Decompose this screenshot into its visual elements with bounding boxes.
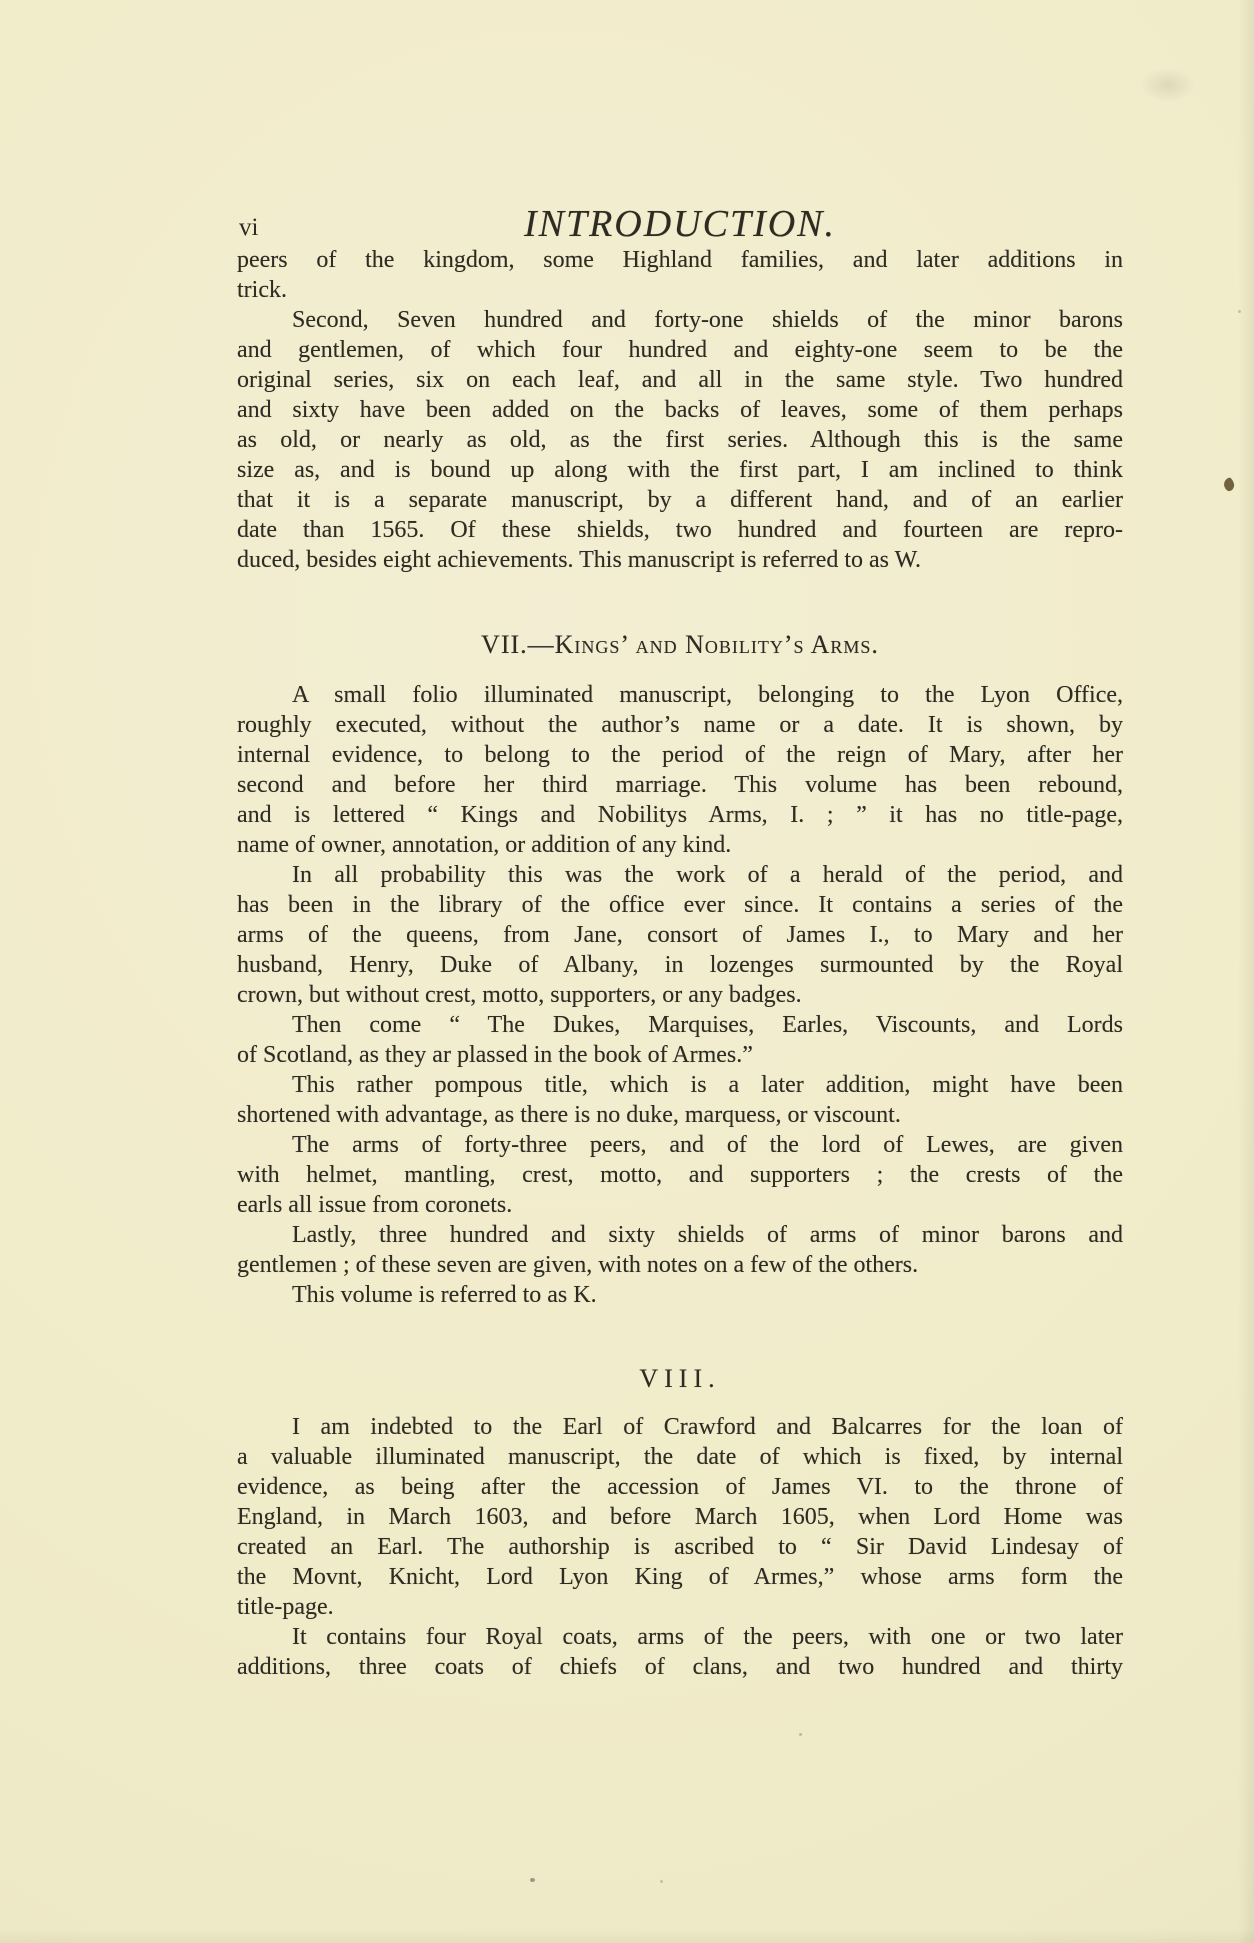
text-line: It contains four Royal coats, arms of th… xyxy=(237,1622,1123,1652)
paragraph: A small folio illuminated manuscript, be… xyxy=(237,680,1123,860)
paragraph: Second, Seven hundred and forty-one shie… xyxy=(237,305,1123,575)
paragraph: The arms of forty-three peers, and of th… xyxy=(237,1130,1123,1220)
text-line: roughly executed, without the author’s n… xyxy=(237,710,1123,740)
text-line: Then come “ The Dukes, Marquises, Earles… xyxy=(237,1010,1123,1040)
text-line: has been in the library of the office ev… xyxy=(237,890,1123,920)
text-block: peers of the kingdom, some Highland fami… xyxy=(237,245,1123,1682)
text-line: This rather pompous title, which is a la… xyxy=(237,1070,1123,1100)
text-line: The arms of forty-three peers, and of th… xyxy=(237,1130,1123,1160)
paragraph: It contains four Royal coats, arms of th… xyxy=(237,1622,1123,1682)
text-line: and sixty have been added on the backs o… xyxy=(237,395,1123,425)
paragraph: In all probability this was the work of … xyxy=(237,860,1123,1010)
text-line: internal evidence, to belong to the peri… xyxy=(237,740,1123,770)
text-line: date than 1565. Of these shields, two hu… xyxy=(237,515,1123,545)
paper-speck xyxy=(530,1878,535,1882)
page-edge-shadow xyxy=(0,1929,1254,1943)
text-line: duced, besides eight achievements. This … xyxy=(237,545,1123,575)
section-heading: VII.—Kings’ and Nobility’s Arms. xyxy=(237,630,1123,660)
book-page: vi INTRODUCTION. peers of the kingdom, s… xyxy=(0,0,1254,1943)
text-line: evidence, as being after the accession o… xyxy=(237,1472,1123,1502)
text-line: This volume is referred to as K. xyxy=(237,1280,1123,1310)
section-heading: VIII. xyxy=(237,1364,1123,1394)
text-line: a valuable illuminated manuscript, the d… xyxy=(237,1442,1123,1472)
text-line: I am indebted to the Earl of Crawford an… xyxy=(237,1412,1123,1442)
ink-blot xyxy=(1222,477,1236,492)
text-line: of Scotland, as they ar plassed in the b… xyxy=(237,1040,1123,1070)
paragraph: I am indebted to the Earl of Crawford an… xyxy=(237,1412,1123,1622)
paragraph: This volume is referred to as K. xyxy=(237,1280,1123,1310)
text-line: original series, six on each leaf, and a… xyxy=(237,365,1123,395)
text-line: the Movnt, Knicht, Lord Lyon King of Arm… xyxy=(237,1562,1123,1592)
text-line: peers of the kingdom, some Highland fami… xyxy=(237,245,1123,275)
paper-speck xyxy=(660,1880,663,1883)
text-line: crown, but without crest, motto, support… xyxy=(237,980,1123,1010)
paragraph: peers of the kingdom, some Highland fami… xyxy=(237,245,1123,305)
text-line: as old, or nearly as old, as the first s… xyxy=(237,425,1123,455)
paper-speck xyxy=(799,1733,802,1736)
paragraph: Then come “ The Dukes, Marquises, Earles… xyxy=(237,1010,1123,1070)
text-line: trick. xyxy=(237,275,1123,305)
text-line: arms of the queens, from Jane, consort o… xyxy=(237,920,1123,950)
text-line: A small folio illuminated manuscript, be… xyxy=(237,680,1123,710)
text-line: and is lettered “ Kings and Nobilitys Ar… xyxy=(237,800,1123,830)
text-line: additions, three coats of chiefs of clan… xyxy=(237,1652,1123,1682)
text-line: earls all issue from coronets. xyxy=(237,1190,1123,1220)
text-line: gentlemen ; of these seven are given, wi… xyxy=(237,1250,1123,1280)
text-line: that it is a separate manuscript, by a d… xyxy=(237,485,1123,515)
text-line: created an Earl. The authorship is ascri… xyxy=(237,1532,1123,1562)
page-edge-shadow xyxy=(1238,0,1254,1943)
text-line: name of owner, annotation, or addition o… xyxy=(237,830,1123,860)
text-line: and gentlemen, of which four hundred and… xyxy=(237,335,1123,365)
text-line: England, in March 1603, and before March… xyxy=(237,1502,1123,1532)
running-title: INTRODUCTION. xyxy=(237,204,1123,244)
text-line: second and before her third marriage. Th… xyxy=(237,770,1123,800)
text-line: Second, Seven hundred and forty-one shie… xyxy=(237,305,1123,335)
text-line: with helmet, mantling, crest, motto, and… xyxy=(237,1160,1123,1190)
paper-smudge xyxy=(1140,68,1196,102)
text-line: title-page. xyxy=(237,1592,1123,1622)
paragraph: This rather pompous title, which is a la… xyxy=(237,1070,1123,1130)
text-line: In all probability this was the work of … xyxy=(237,860,1123,890)
paragraph: Lastly, three hundred and sixty shields … xyxy=(237,1220,1123,1280)
text-line: size as, and is bound up along with the … xyxy=(237,455,1123,485)
text-line: shortened with advantage, as there is no… xyxy=(237,1100,1123,1130)
text-line: husband, Henry, Duke of Albany, in lozen… xyxy=(237,950,1123,980)
text-line: Lastly, three hundred and sixty shields … xyxy=(237,1220,1123,1250)
